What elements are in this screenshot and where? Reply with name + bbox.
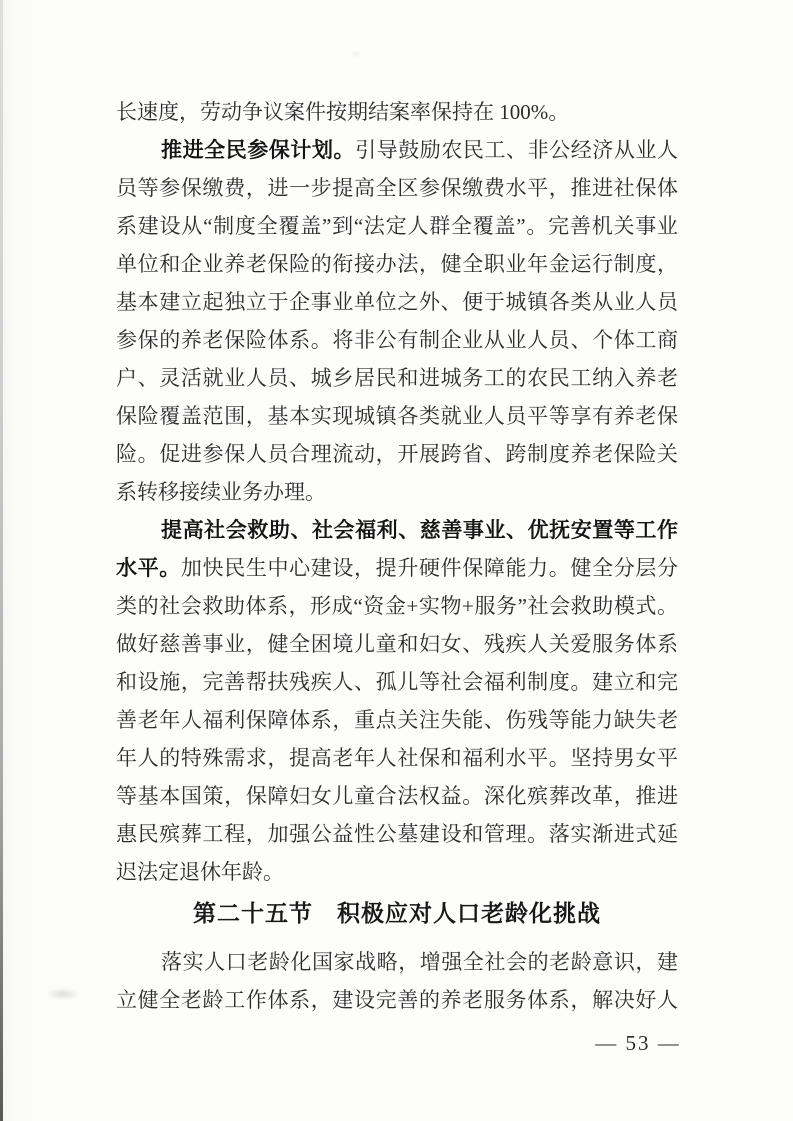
body-line: 基本建立起独立于企事业单位之外、便于城镇各类从业人员 — [116, 283, 678, 321]
body-line: 善老年人福利保障体系，重点关注失能、伤残等能力缺失老 — [116, 701, 678, 739]
body-line: 推进全民参保计划。引导鼓励农民工、非公经济从业人 — [116, 131, 678, 169]
body-line: 险。促进参保人员合理流动，开展跨省、跨制度养老保险关 — [116, 435, 678, 473]
body-line: 迟法定退休年龄。 — [116, 853, 678, 891]
scan-left-edge-artifact — [0, 0, 3, 1121]
line-text: 单位和企业养老保险的衔接办法，健全职业年金运行制度， — [116, 252, 678, 276]
line-text: 惠民殡葬工程，加强公益性公墓建设和管理。落实渐进式延 — [116, 822, 678, 846]
scan-smudge — [46, 988, 80, 1000]
line-text: 做好慈善事业，健全困境儿童和妇女、残疾人关爱服务体系 — [116, 632, 678, 656]
body-line: 单位和企业养老保险的衔接办法，健全职业年金运行制度， — [116, 245, 678, 283]
body-line: 立健全老龄工作体系，建设完善的养老服务体系，解决好人 — [116, 981, 678, 1019]
page-number-text: — 53 — — [595, 1031, 681, 1055]
bold-lead: 提高社会救助、社会福利、慈善事业、优抚安置等工作 — [161, 518, 678, 542]
body-line: 参保的养老保险体系。将非公有制企业从业人员、个体工商 — [116, 321, 678, 359]
line-text: 年人的特殊需求，提高老年人社保和福利水平。坚持男女平 — [116, 746, 678, 770]
line-text: 类的社会救助体系，形成“资金+实物+服务”社会救助模式。 — [116, 594, 678, 618]
page-number: — 53 — — [582, 1028, 694, 1058]
body-line: 保险覆盖范围，基本实现城镇各类就业人员平等享有养老保 — [116, 397, 678, 435]
line-text: 落实人口老龄化国家战略，增强全社会的老龄意识，建 — [161, 950, 678, 974]
line-text: 引导鼓励农民工、非公经济从业人 — [355, 138, 678, 162]
body-line: 落实人口老龄化国家战略，增强全社会的老龄意识，建 — [116, 943, 678, 981]
body-line: 提高社会救助、社会福利、慈善事业、优抚安置等工作 — [116, 511, 678, 549]
line-text: 立健全老龄工作体系，建设完善的养老服务体系，解决好人 — [116, 988, 678, 1012]
section-heading: 第二十五节 积极应对人口老龄化挑战 — [116, 891, 678, 937]
body-line: 户、灵活就业人员、城乡居民和进城务工的农民工纳入养老 — [116, 359, 678, 397]
body-line: 长速度，劳动争议案件按期结案率保持在 100%。 — [116, 93, 678, 131]
body-line: 水平。加快民生中心建设，提升硬件保障能力。健全分层分 — [116, 549, 678, 587]
line-text: 户、灵活就业人员、城乡居民和进城务工的农民工纳入养老 — [116, 366, 678, 390]
line-text: 参保的养老保险体系。将非公有制企业从业人员、个体工商 — [116, 328, 678, 352]
body-line: 等基本国策，保障妇女儿童合法权益。深化殡葬改革，推进 — [116, 777, 678, 815]
line-text: 和设施，完善帮扶残疾人、孤儿等社会福利制度。建立和完 — [116, 670, 678, 694]
scan-smudge — [350, 50, 362, 58]
line-text: 长速度，劳动争议案件按期结案率保持在 100%。 — [116, 100, 569, 124]
line-text: 善老年人福利保障体系，重点关注失能、伤残等能力缺失老 — [116, 708, 678, 732]
bold-lead: 推进全民参保计划。 — [161, 138, 355, 162]
line-text: 系建设从“制度全覆盖”到“法定人群全覆盖”。完善机关事业 — [116, 214, 678, 238]
body-line: 员等参保缴费，进一步提高全区参保缴费水平，推进社保体 — [116, 169, 678, 207]
line-text: 迟法定退休年龄。 — [116, 860, 284, 884]
line-text: 系转移接续业务办理。 — [116, 480, 326, 504]
body-line: 类的社会救助体系，形成“资金+实物+服务”社会救助模式。 — [116, 587, 678, 625]
line-text: 基本建立起独立于企事业单位之外、便于城镇各类从业人员 — [116, 290, 678, 314]
line-text: 等基本国策，保障妇女儿童合法权益。深化殡葬改革，推进 — [116, 784, 678, 808]
line-text: 员等参保缴费，进一步提高全区参保缴费水平，推进社保体 — [116, 176, 678, 200]
page-content: 长速度，劳动争议案件按期结案率保持在 100%。 推进全民参保计划。引导鼓励农民… — [116, 93, 678, 1019]
body-line: 系建设从“制度全覆盖”到“法定人群全覆盖”。完善机关事业 — [116, 207, 678, 245]
body-line: 系转移接续业务办理。 — [116, 473, 678, 511]
line-text: 险。促进参保人员合理流动，开展跨省、跨制度养老保险关 — [116, 442, 678, 466]
body-line: 和设施，完善帮扶残疾人、孤儿等社会福利制度。建立和完 — [116, 663, 678, 701]
body-line: 年人的特殊需求，提高老年人社保和福利水平。坚持男女平 — [116, 739, 678, 777]
line-text: 加快民生中心建设，提升硬件保障能力。健全分层分 — [181, 556, 678, 580]
body-line: 惠民殡葬工程，加强公益性公墓建设和管理。落实渐进式延 — [116, 815, 678, 853]
body-line: 做好慈善事业，健全困境儿童和妇女、残疾人关爱服务体系 — [116, 625, 678, 663]
document-page: 长速度，劳动争议案件按期结案率保持在 100%。 推进全民参保计划。引导鼓励农民… — [0, 0, 793, 1121]
bold-lead: 水平。 — [116, 556, 181, 580]
line-text: 保险覆盖范围，基本实现城镇各类就业人员平等享有养老保 — [116, 404, 678, 428]
